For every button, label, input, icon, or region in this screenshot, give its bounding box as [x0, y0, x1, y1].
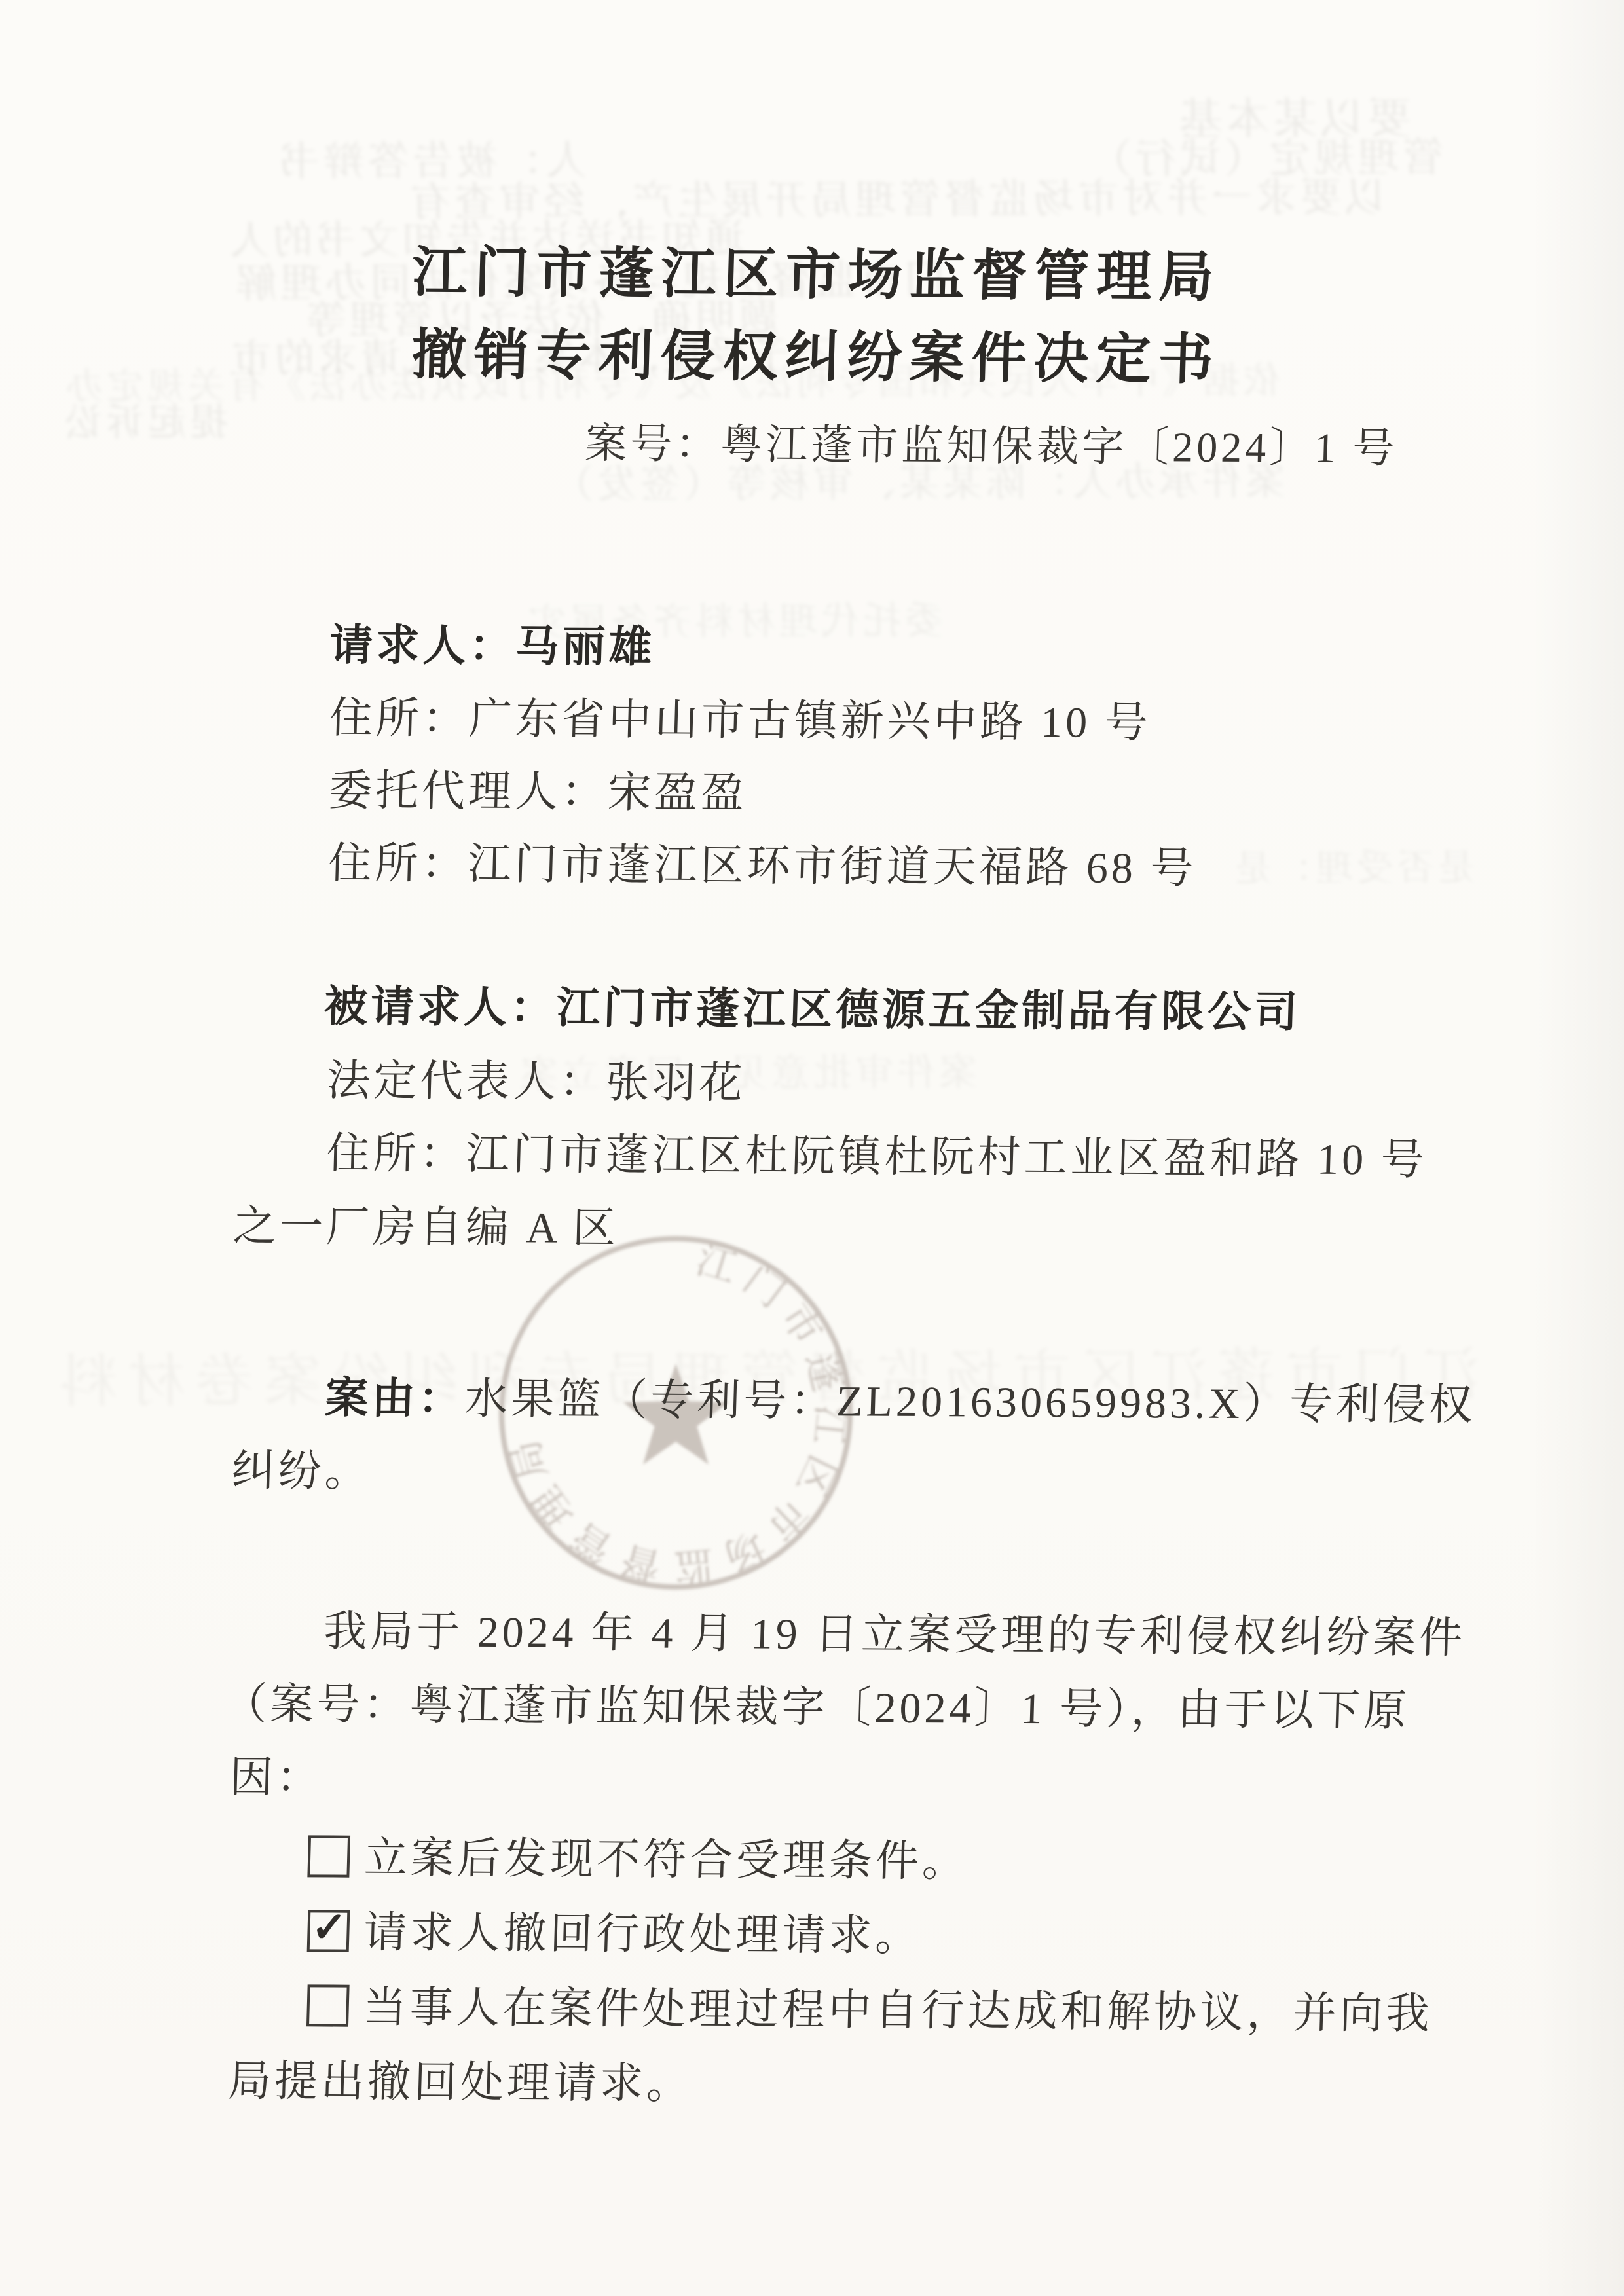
respondent-address-continuation: 之一厂房自编 A 区	[232, 1191, 620, 1256]
option-text: 当事人在案件处理过程中自行达成和解协议，并向我	[363, 1984, 1433, 2038]
requester-label: 请求人：	[329, 619, 516, 671]
agent-line: 委托代理人：宋盈盈	[328, 755, 748, 820]
scanned-document-page: 要以某本基 人：被告答辩书 管理规定（试行） 以要求一并对市场监督管理局开展生产…	[0, 0, 1624, 2296]
checkbox-unchecked-icon	[306, 1984, 350, 2026]
option-text: 立案后发现不符合受理条件。	[363, 1834, 969, 1886]
respondent-address-line: 住所：江门市蓬江区杜阮镇杜阮村工业区盈和路 10 号	[326, 1118, 1429, 1186]
agent-name: 宋盈盈	[607, 769, 748, 817]
address-label: 住所：	[326, 1129, 467, 1178]
option-row-1: 立案后发现不符合受理条件。	[307, 1822, 970, 1888]
check-mark: ✓	[311, 1903, 348, 1952]
agent-label: 委托代理人：	[328, 767, 608, 816]
body-paragraph-line2: （案号：粤江蓬市监知保裁字〔2024〕1 号），由于以下原	[223, 1669, 1411, 1738]
cause-line: 案由：水果篮（专利号：ZL201630659983.X）专利侵权	[324, 1362, 1476, 1432]
requester-line: 请求人：马丽雄	[329, 610, 656, 674]
case-number: 案号：粤江蓬市监知保裁字〔2024〕1 号	[584, 410, 1398, 475]
document-content: 江门市蓬江区市场监督管理局 撤销专利侵权纠纷案件决定书 案号：粤江蓬市监知保裁字…	[0, 0, 1624, 2296]
cause-text: 水果篮（专利号：ZL201630659983.X）专利侵权	[464, 1376, 1476, 1429]
cause-continuation: 纠纷。	[231, 1436, 373, 1499]
document-title-line1: 江门市蓬江区市场监督管理局	[4, 225, 1624, 314]
option-row-3: 当事人在案件处理过程中自行达成和解协议，并向我	[306, 1971, 1434, 2040]
address-label: 住所：	[329, 694, 470, 742]
agent-address-line: 住所：江门市蓬江区环市街道天福路 68 号	[327, 828, 1198, 895]
respondent-label: 被请求人：	[323, 981, 557, 1032]
body-paragraph-line1: 我局于 2024 年 4 月 19 日立案受理的专利侵权纠纷案件	[323, 1595, 1467, 1665]
checkbox-checked-icon: ✓	[307, 1910, 350, 1952]
address-label: 住所：	[327, 839, 468, 888]
document-title-line2: 撤销专利侵权纠纷案件决定书	[3, 308, 1624, 397]
option-3-continuation: 局提出撤回处理请求。	[227, 2046, 694, 2111]
respondent-line: 被请求人：江门市蓬江区德源五金制品有限公司	[323, 971, 1302, 1039]
legal-rep-label: 法定代表人：	[326, 1057, 606, 1106]
option-row-2: ✓请求人撤回行政处理请求。	[306, 1897, 923, 1963]
cause-label: 案由：	[324, 1372, 465, 1423]
requester-address: 广东省中山市古镇新兴中路 10 号	[468, 695, 1152, 747]
requester-address-line: 住所：广东省中山市古镇新兴中路 10 号	[329, 682, 1153, 750]
respondent-name: 江门市蓬江区德源五金制品有限公司	[556, 983, 1301, 1038]
checkbox-unchecked-icon	[307, 1835, 350, 1877]
agent-address: 江门市蓬江区环市街道天福路 68 号	[467, 841, 1197, 893]
legal-rep-line: 法定代表人：张羽花	[326, 1045, 747, 1110]
legal-rep-name: 张羽花	[605, 1059, 746, 1107]
option-text: 请求人撤回行政处理请求。	[363, 1909, 922, 1960]
respondent-address: 江门市蓬江区杜阮镇杜阮村工业区盈和路 10 号	[466, 1131, 1428, 1184]
requester-name: 马丽雄	[515, 621, 655, 672]
body-paragraph-line3: 因：	[229, 1742, 324, 1805]
